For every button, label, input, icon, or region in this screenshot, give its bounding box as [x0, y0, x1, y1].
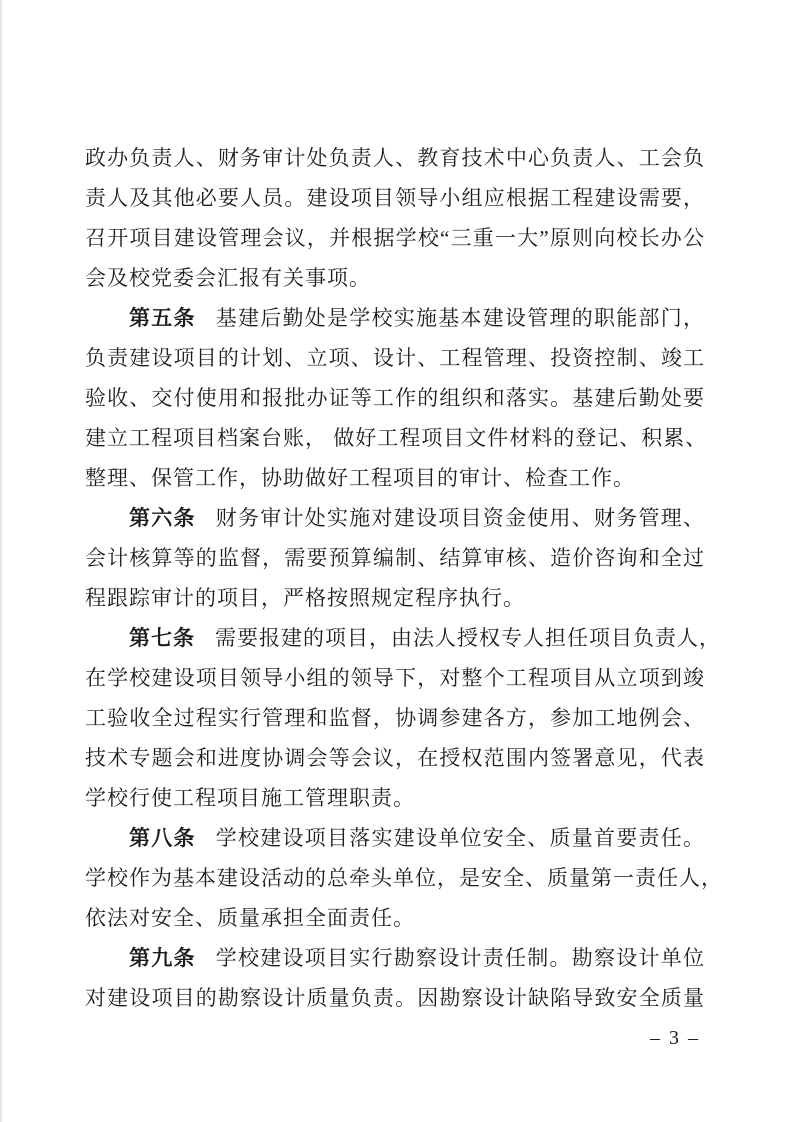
scan-edge-artifact — [0, 0, 2, 1122]
document-line: 建立工程项目档案台账， 做好工程项目文件材料的登记、积累、 — [85, 418, 705, 458]
page-number: – 3 – — [630, 1024, 720, 1052]
line-text: 工验收全过程实行管理和监督，协调参建各方，参加工地例会、 — [85, 706, 705, 730]
document-line: 技术专题会和进度协调会等会议，在授权范围内签署意见，代表 — [85, 738, 705, 778]
line-text: 政办负责人、财务审计处负责人、教育技术中心负责人、工会负 — [85, 146, 705, 170]
document-line: 第五条基建后勤处是学校实施基本建设管理的职能部门， — [85, 298, 705, 338]
document-line: 会计核算等的监督，需要预算编制、结算审核、造价咨询和全过 — [85, 538, 705, 578]
line-text: 建立工程项目档案台账， 做好工程项目文件材料的登记、积累、 — [85, 426, 707, 450]
document-page: 政办负责人、财务审计处负责人、教育技术中心负责人、工会负 责人及其他必要人员。建… — [0, 0, 793, 1122]
line-text: 依法对安全、质量承担全面责任。 — [85, 906, 415, 930]
line-text: 学校作为基本建设活动的总牵头单位，是安全、质量第一责任人， — [85, 866, 723, 890]
document-line: 政办负责人、财务审计处负责人、教育技术中心负责人、工会负 — [85, 138, 705, 178]
line-text: 验收、交付使用和报批办证等工作的组织和落实。基建后勤处要 — [85, 386, 705, 410]
line-text: 在学校建设项目领导小组的领导下，对整个工程项目从立项到竣 — [85, 666, 705, 690]
document-line: 负责建设项目的计划、立项、设计、工程管理、投资控制、竣工 — [85, 338, 705, 378]
line-text: 学校建设项目落实建设单位安全、质量首要责任。 — [216, 826, 705, 850]
line-text: 会计核算等的监督，需要预算编制、结算审核、造价咨询和全过 — [85, 546, 705, 570]
document-line: 整理、保管工作，协助做好工程项目的审计、检查工作。 — [85, 458, 705, 498]
article-number: 第七条 — [129, 626, 195, 650]
document-line: 第九条学校建设项目实行勘察设计责任制。勘察设计单位 — [85, 938, 705, 978]
document-line: 程跟踪审计的项目，严格按照规定程序执行。 — [85, 578, 705, 618]
document-line: 对建设项目的勘察设计质量负责。因勘察设计缺陷导致安全质量 — [85, 978, 705, 1018]
article-number: 第八条 — [129, 826, 196, 850]
document-line: 第八条学校建设项目落实建设单位安全、质量首要责任。 — [85, 818, 705, 858]
line-text: 需要报建的项目，由法人授权专人担任项目负责人， — [215, 626, 721, 650]
line-text: 学校建设项目实行勘察设计责任制。勘察设计单位 — [216, 946, 705, 970]
line-text: 学校行使工程项目施工管理职责。 — [85, 786, 415, 810]
line-text: 责人及其他必要人员。建设项目领导小组应根据工程建设需要， — [85, 186, 705, 210]
line-text: 技术专题会和进度协调会等会议，在授权范围内签署意见，代表 — [85, 746, 705, 770]
document-line: 验收、交付使用和报批办证等工作的组织和落实。基建后勤处要 — [85, 378, 705, 418]
line-text: 基建后勤处是学校实施基本建设管理的职能部门， — [216, 306, 705, 330]
document-line: 召开项目建设管理会议，并根据学校“三重一大”原则向校长办公 — [85, 218, 705, 258]
document-line: 依法对安全、质量承担全面责任。 — [85, 898, 705, 938]
line-text: 召开项目建设管理会议，并根据学校“三重一大”原则向校长办公 — [85, 226, 705, 250]
document-line: 学校作为基本建设活动的总牵头单位，是安全、质量第一责任人， — [85, 858, 705, 898]
line-text: 整理、保管工作，协助做好工程项目的审计、检查工作。 — [85, 466, 635, 490]
line-text: 程跟踪审计的项目，严格按照规定程序执行。 — [85, 586, 525, 610]
document-body: 政办负责人、财务审计处负责人、教育技术中心负责人、工会负 责人及其他必要人员。建… — [85, 138, 705, 1018]
article-number: 第六条 — [129, 506, 196, 530]
line-text: 会及校党委会汇报有关事项。 — [85, 266, 371, 290]
document-line: 工验收全过程实行管理和监督，协调参建各方，参加工地例会、 — [85, 698, 705, 738]
line-text: 对建设项目的勘察设计质量负责。因勘察设计缺陷导致安全质量 — [85, 986, 705, 1010]
document-line: 第六条财务审计处实施对建设项目资金使用、财务管理、 — [85, 498, 705, 538]
article-number: 第五条 — [129, 306, 196, 330]
document-line: 学校行使工程项目施工管理职责。 — [85, 778, 705, 818]
line-text: 财务审计处实施对建设项目资金使用、财务管理、 — [216, 506, 705, 530]
line-text: 负责建设项目的计划、立项、设计、工程管理、投资控制、竣工 — [85, 346, 705, 370]
document-line: 责人及其他必要人员。建设项目领导小组应根据工程建设需要， — [85, 178, 705, 218]
document-line: 在学校建设项目领导小组的领导下，对整个工程项目从立项到竣 — [85, 658, 705, 698]
document-line: 会及校党委会汇报有关事项。 — [85, 258, 705, 298]
document-line: 第七条需要报建的项目，由法人授权专人担任项目负责人， — [85, 618, 705, 658]
article-number: 第九条 — [129, 946, 196, 970]
